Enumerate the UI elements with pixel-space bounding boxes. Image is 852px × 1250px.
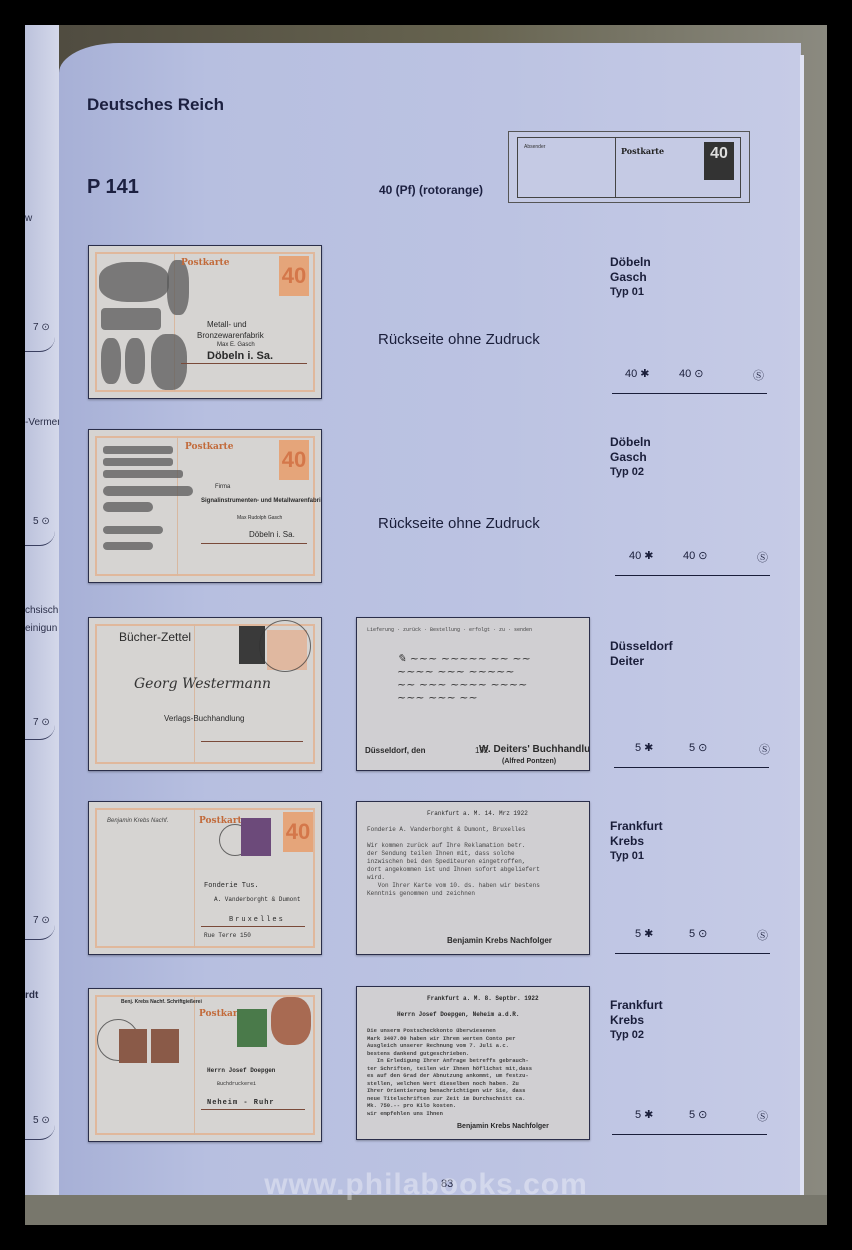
entry-label: Frankfurt Krebs Typ 01 xyxy=(610,819,663,864)
card-text: Firma xyxy=(215,484,230,490)
back-note: Rückseite ohne Zudruck xyxy=(378,331,540,348)
card-back-image: Frankfurt a. M. 8. Septbr. 1922 Herrn Jo… xyxy=(356,986,590,1140)
reference-card-image: Absender Postkarte 40 xyxy=(508,131,750,203)
entry-divider xyxy=(614,767,769,768)
card-front-image: Postkarte 40 Firma Signalinstrumenten- u… xyxy=(88,429,322,583)
price-mint: 5 ✱ xyxy=(635,1108,653,1121)
left-fragment: 5 ⊙ xyxy=(33,516,50,527)
left-fragment: 7 ⊙ xyxy=(33,322,50,333)
stamp-image xyxy=(237,1009,267,1047)
card-text: Herrn Josef Doepgen xyxy=(207,1067,275,1074)
entry-label: Döbeln Gasch Typ 01 xyxy=(610,255,651,300)
page-edge xyxy=(800,55,804,1205)
catalog-page: Deutsches Reich P 141 40 (Pf) (rotorange… xyxy=(59,43,801,1213)
entry-name: Krebs xyxy=(610,1013,663,1028)
entry-city: Döbeln xyxy=(610,435,651,450)
card-text: Buchdruckerei xyxy=(217,1081,256,1087)
card-label: Postkarte xyxy=(185,442,233,452)
card-text: Döbeln i. Sa. xyxy=(249,530,295,539)
entry-type: Typ 01 xyxy=(610,285,651,300)
catalog-entry: Bücher-Zettel Georg Westermann Verlags-B… xyxy=(59,597,801,767)
price-mint: 5 ✱ xyxy=(635,927,653,940)
catalog-entry: Postkarte 40 Firma Signalinstrumenten- u… xyxy=(59,409,801,579)
card-text: (Alfred Pontzen) xyxy=(502,758,556,765)
price-mint: 40 ✱ xyxy=(629,549,654,562)
card-text: Bruxelles xyxy=(229,916,285,924)
price-s-symbol: Ⓢ xyxy=(753,367,764,383)
stamp-image: 40 xyxy=(279,256,309,296)
handwriting: Georg Westermann xyxy=(134,676,271,692)
entry-city: Frankfurt xyxy=(610,998,663,1013)
card-text: Frankfurt a. M. 14. Mrz 1922 xyxy=(427,810,528,817)
catalog-number: P 141 xyxy=(87,176,139,199)
price-mint: 40 ✱ xyxy=(625,367,650,380)
price-s-symbol: Ⓢ xyxy=(757,1108,768,1124)
entry-divider xyxy=(612,1134,767,1135)
card-text: Benjamin Krebs Nachf. xyxy=(107,818,168,824)
left-rule xyxy=(25,337,55,352)
letter-body: Fonderie A. Vanderborght & Dumont, Bruxe… xyxy=(367,826,579,906)
left-fragment: einigun xyxy=(25,623,57,634)
card-text: Benjamin Krebs Nachfolger xyxy=(457,1123,549,1130)
postkarte-label: Postkarte xyxy=(621,146,664,156)
entry-divider xyxy=(615,953,770,954)
card-text: A. Vanderborght & Dumont xyxy=(214,896,300,903)
photo-frame: w 7 ⊙ -Vermer 5 ⊙ chsisch einigun 7 ⊙ 7 … xyxy=(25,25,827,1225)
card-front-image: Postkarte Benjamin Krebs Nachf. 40 Fonde… xyxy=(88,801,322,955)
left-rule xyxy=(25,925,55,940)
card-text: Herrn Josef Doepgen, Neheim a.d.R. xyxy=(397,1011,519,1018)
card-text: Rue Terre 150 xyxy=(204,932,251,939)
catalog-entry: Benj. Krebs Nachf. Schriftgießerei Postk… xyxy=(59,968,801,1138)
left-fragment: rdt xyxy=(25,990,38,1001)
card-text: Düsseldorf, den xyxy=(365,746,425,755)
entry-type: Typ 02 xyxy=(610,1028,663,1043)
card-text: Verlags-Buchhandlung xyxy=(164,714,245,723)
entry-name: Gasch xyxy=(610,270,651,285)
card-front-image: Benj. Krebs Nachf. Schriftgießerei Postk… xyxy=(88,988,322,1142)
card-text: Max E. Gasch xyxy=(217,342,255,348)
card-text: Bronzewarenfabrik xyxy=(197,331,264,340)
card-front-image: Bücher-Zettel Georg Westermann Verlags-B… xyxy=(88,617,322,771)
card-text: Max Rudolph Gasch xyxy=(237,515,282,521)
left-rule xyxy=(25,1125,55,1140)
catalog-entry: Postkarte Benjamin Krebs Nachf. 40 Fonde… xyxy=(59,783,801,953)
left-fragment: -Vermer xyxy=(25,417,61,428)
entry-city: Frankfurt xyxy=(610,819,663,834)
back-note: Rückseite ohne Zudruck xyxy=(378,515,540,532)
stamp-image xyxy=(271,997,311,1045)
price-used: 5 ⊙ xyxy=(689,1108,707,1121)
card-front-image: Postkarte 40 Metall- und Bronzewarenfabr… xyxy=(88,245,322,399)
entry-divider xyxy=(612,393,767,394)
catalog-entry: Postkarte 40 Metall- und Bronzewarenfabr… xyxy=(59,225,801,395)
price-used: 40 ⊙ xyxy=(683,549,708,562)
stamp-image: 40 xyxy=(704,142,734,180)
left-rule xyxy=(25,725,55,740)
card-back-image: Frankfurt a. M. 14. Mrz 1922 Fonderie A.… xyxy=(356,801,590,955)
entry-name: Gasch xyxy=(610,450,651,465)
postmark xyxy=(259,620,311,672)
left-fragment: w xyxy=(25,213,32,224)
left-fragment: chsisch xyxy=(25,605,58,616)
card-text: Benjamin Krebs Nachfolger xyxy=(447,936,552,945)
price-used: 40 ⊙ xyxy=(679,367,704,380)
stamp-image xyxy=(119,1029,147,1063)
card-text: Fonderie Tus. xyxy=(204,882,259,890)
price-s-symbol: Ⓢ xyxy=(759,741,770,757)
stamp-image xyxy=(241,818,271,856)
letter-body: Die unserm Postscheckkonto überwiesenen … xyxy=(367,1027,579,1121)
card-text: Frankfurt a. M. 8. Septbr. 1922 xyxy=(427,995,539,1002)
entry-type: Typ 01 xyxy=(610,849,663,864)
card-text: Metall- und xyxy=(207,320,247,329)
entry-divider xyxy=(615,575,770,576)
card-back-image: Lieferung · zurück · Bestellung · erfolg… xyxy=(356,617,590,771)
entry-label: Düsseldorf Deiter xyxy=(610,639,673,669)
left-page-edge: w 7 ⊙ -Vermer 5 ⊙ chsisch einigun 7 ⊙ 7 … xyxy=(25,25,59,1225)
section-title: Deutsches Reich xyxy=(87,95,224,115)
stamp-image: 40 xyxy=(283,812,313,852)
price-mint: 5 ✱ xyxy=(635,741,653,754)
card-label: Bücher-Zettel xyxy=(119,630,191,644)
entry-name: Krebs xyxy=(610,834,663,849)
card-text: Neheim - Ruhr xyxy=(207,1099,275,1107)
card-label: Postkarte xyxy=(181,258,229,268)
price-used: 5 ⊙ xyxy=(689,741,707,754)
entry-label: Frankfurt Krebs Typ 02 xyxy=(610,998,663,1043)
entry-city: Döbeln xyxy=(610,255,651,270)
entry-type: Typ 02 xyxy=(610,465,651,480)
entry-city: Düsseldorf xyxy=(610,639,673,654)
denomination: 40 (Pf) (rotorange) xyxy=(379,183,483,197)
sender-label: Absender xyxy=(524,144,545,150)
entry-name: Deiter xyxy=(610,654,673,669)
card-text: Signalinstrumenten- und Metallwarenfabri… xyxy=(201,498,322,504)
watermark: www.philabooks.com xyxy=(0,1168,852,1202)
left-rule xyxy=(25,531,55,546)
price-s-symbol: Ⓢ xyxy=(757,549,768,565)
card-text: W. Deiters' Buchhandlung xyxy=(479,744,590,755)
price-s-symbol: Ⓢ xyxy=(757,927,768,943)
stamp-image: 40 xyxy=(279,440,309,480)
stamp-image xyxy=(151,1029,179,1063)
card-text: Döbeln i. Sa. xyxy=(207,350,273,362)
entry-label: Döbeln Gasch Typ 02 xyxy=(610,435,651,480)
price-used: 5 ⊙ xyxy=(689,927,707,940)
